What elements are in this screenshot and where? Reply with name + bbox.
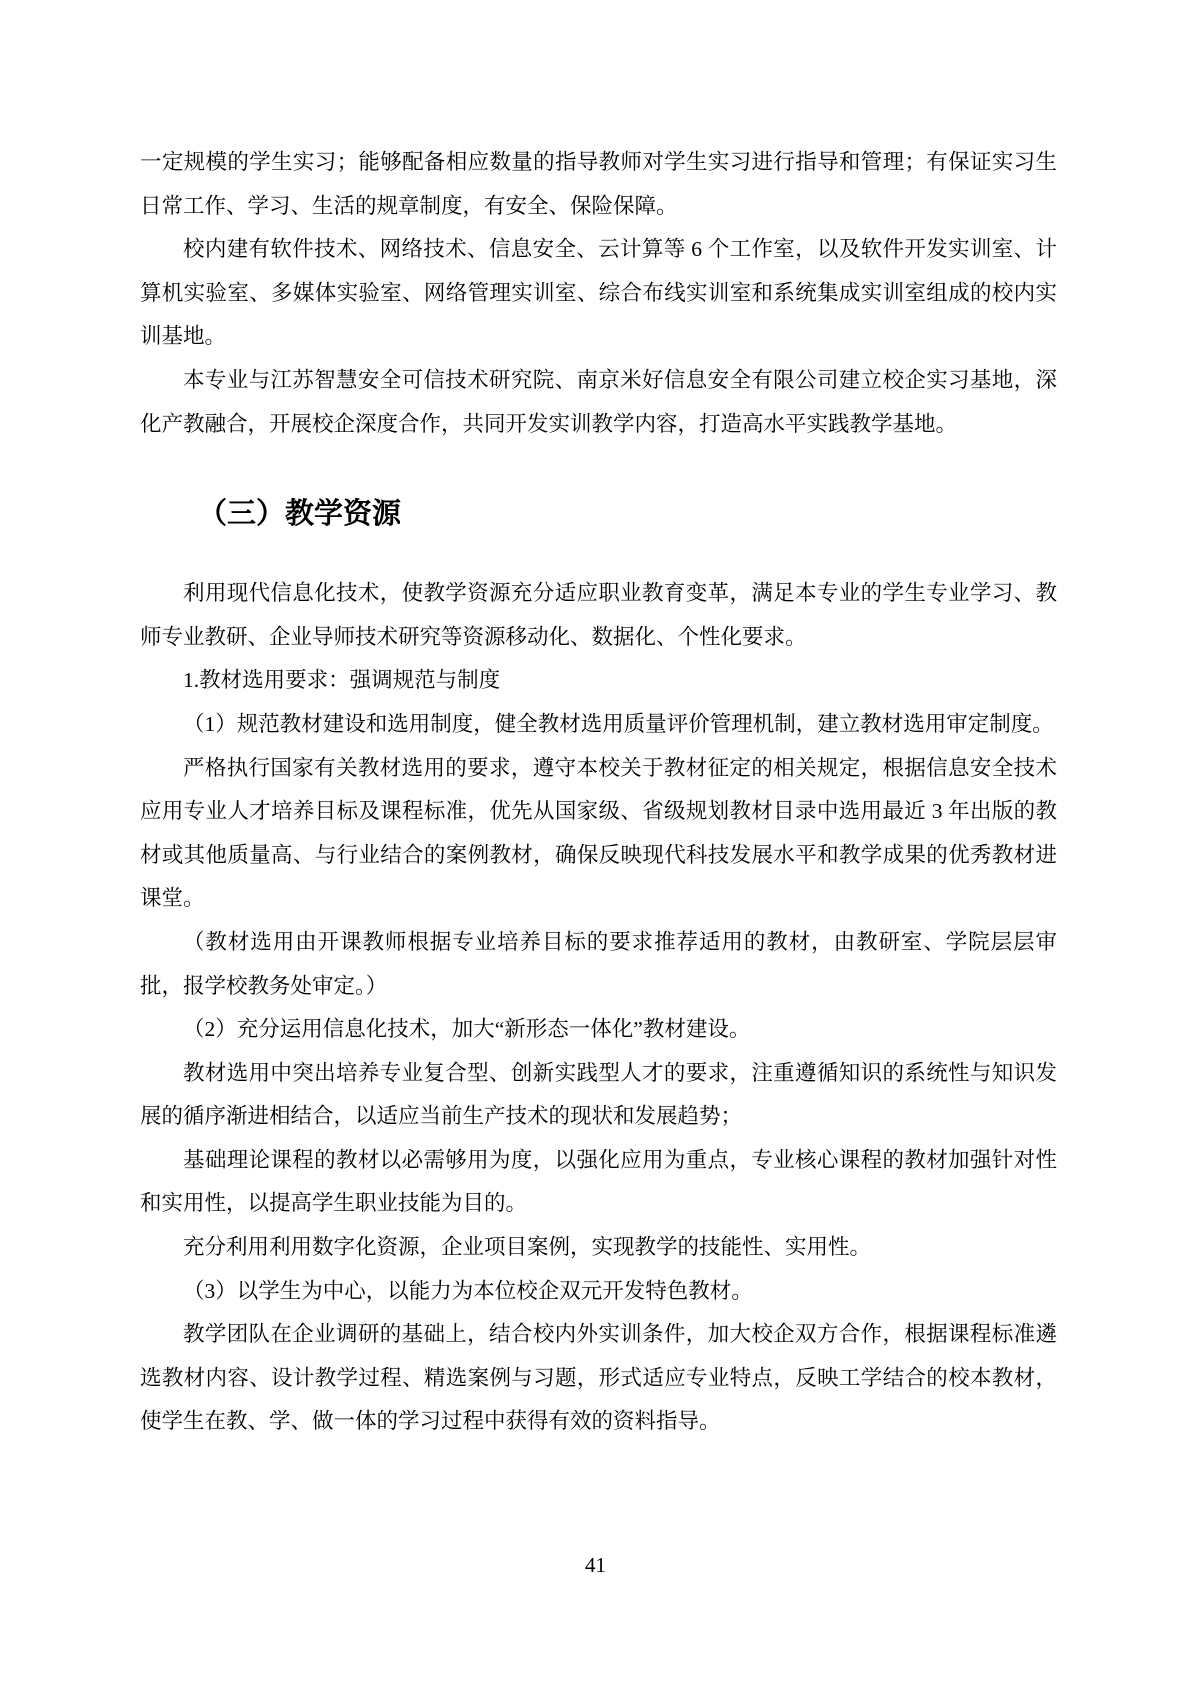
paragraph-item-1: （1）规范教材建设和选用制度，健全教材选用质量评价管理机制，建立教材选用审定制度… xyxy=(140,703,1057,747)
page-content: 一定规模的学生实习；能够配备相应数量的指导教师对学生实习进行指导和管理；有保证实… xyxy=(140,141,1057,1444)
paragraph-enterprise-bases: 本专业与江苏智慧安全可信技术研究院、南京米好信息安全有限公司建立校企实习基地，深… xyxy=(140,359,1057,446)
continuation-paragraph: 一定规模的学生实习；能够配备相应数量的指导教师对学生实习进行指导和管理；有保证实… xyxy=(140,141,1057,228)
paragraph-compound-talent: 教材选用中突出培养专业复合型、创新实践型人才的要求，注重遵循知识的系统性与知识发… xyxy=(140,1052,1057,1139)
paragraph-item-3: （3）以学生为中心，以能力为本位校企双元开发特色教材。 xyxy=(140,1270,1057,1314)
paragraph-digital-resources: 充分利用利用数字化资源，企业项目案例，实现教学的技能性、实用性。 xyxy=(140,1226,1057,1270)
paragraph-informatization-intro: 利用现代信息化技术，使教学资源充分适应职业教育变革，满足本专业的学生专业学习、教… xyxy=(140,572,1057,659)
paragraph-basic-theory-courses: 基础理论课程的教材以必需够用为度，以强化应用为重点，专业核心课程的教材加强针对性… xyxy=(140,1139,1057,1226)
section-heading: （三）教学资源 xyxy=(140,492,1057,536)
paragraph-teaching-team: 教学团队在企业调研的基础上，结合校内外实训条件，加大校企双方合作，根据课程标准遴… xyxy=(140,1313,1057,1444)
page-number: 41 xyxy=(0,1552,1191,1578)
document-page: 一定规模的学生实习；能够配备相应数量的指导教师对学生实习进行指导和管理；有保证实… xyxy=(0,0,1191,1684)
paragraph-national-selection-rules: 严格执行国家有关教材选用的要求，遵守本校关于教材征定的相关规定，根据信息安全技术… xyxy=(140,747,1057,921)
paragraph-selection-approval-note: （教材选用由开课教师根据专业培养目标的要求推荐适用的教材，由教研室、学院层层审批… xyxy=(140,921,1057,1008)
paragraph-campus-workshops: 校内建有软件技术、网络技术、信息安全、云计算等 6 个工作室，以及软件开发实训室… xyxy=(140,228,1057,359)
paragraph-item-2: （2）充分运用信息化技术，加大“新形态一体化”教材建设。 xyxy=(140,1008,1057,1052)
paragraph-textbook-requirements-title: 1.教材选用要求：强调规范与制度 xyxy=(140,659,1057,703)
